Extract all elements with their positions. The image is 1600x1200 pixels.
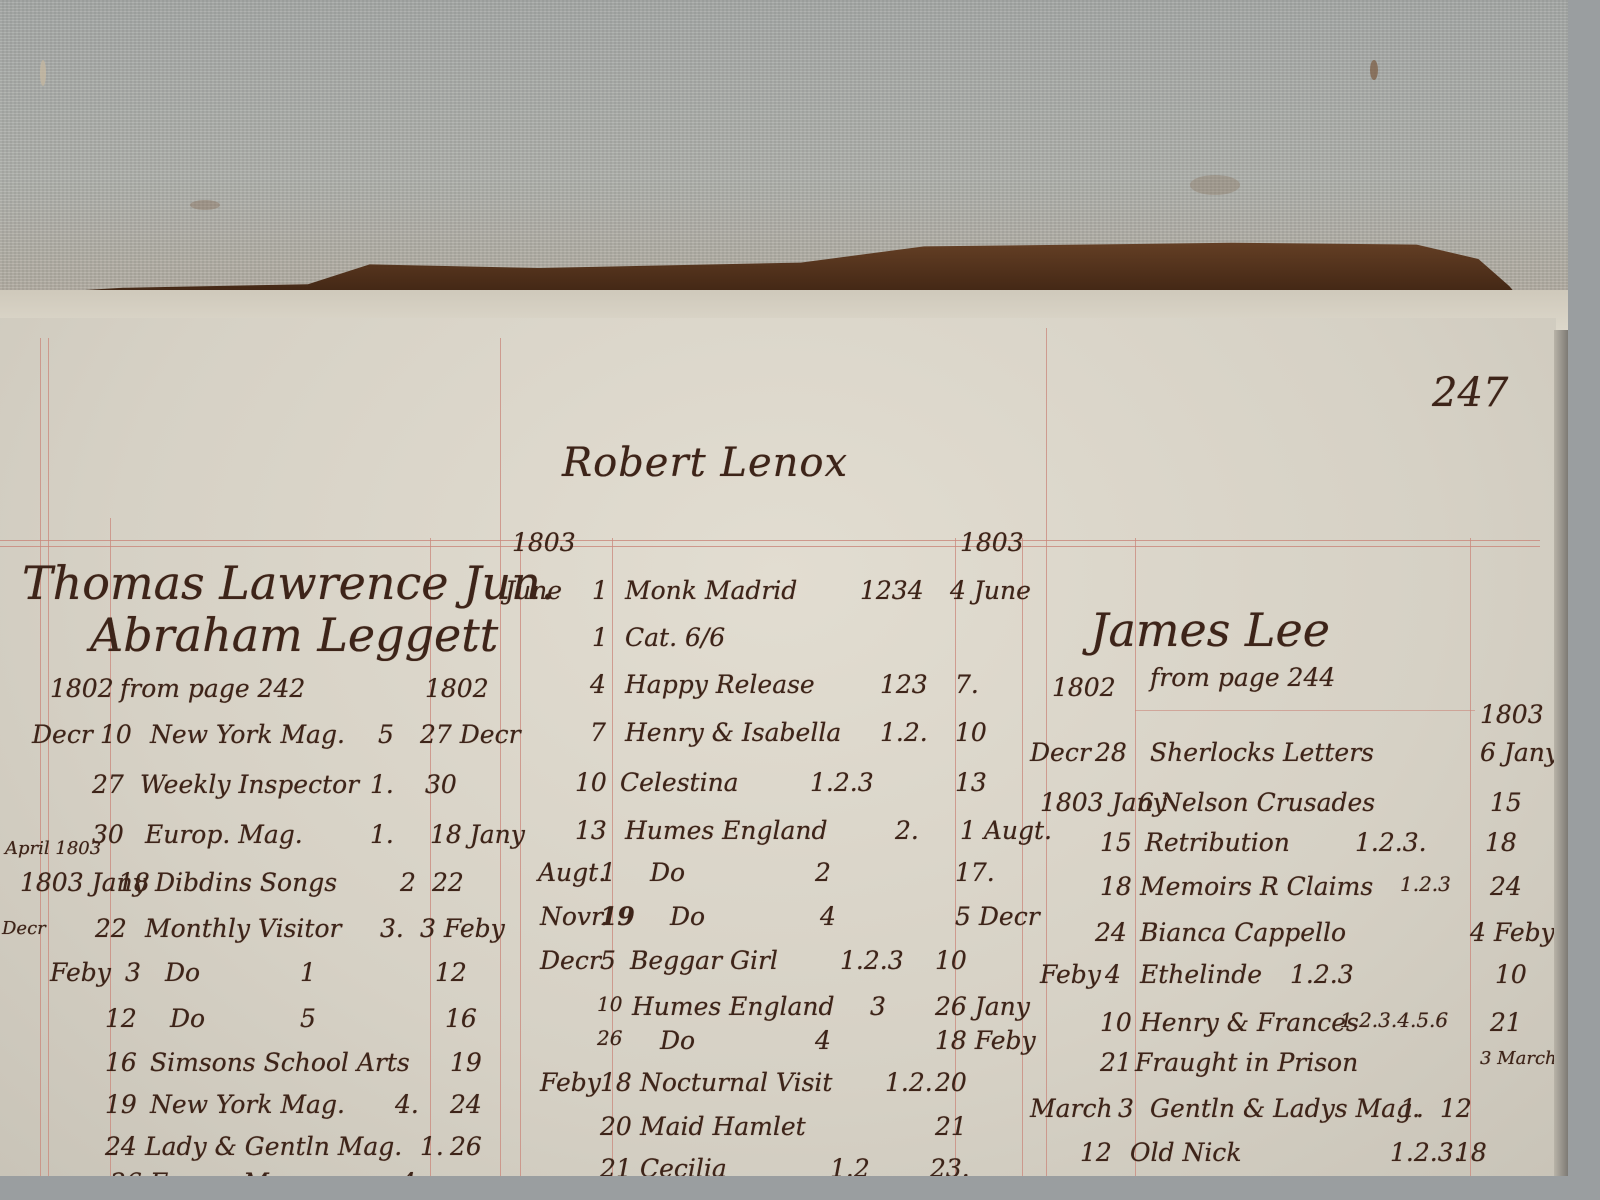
entry-vols: 3. [380, 914, 404, 943]
entry-title: Celestina [620, 768, 739, 797]
rule-vertical [48, 338, 49, 1176]
entry-returned: 12 [1440, 1094, 1472, 1123]
entry-vols: 1.2.3 [840, 946, 904, 975]
entry-returned: 23. [930, 1154, 970, 1176]
entry-vols: 2 [400, 868, 416, 897]
entry-day: 3 [125, 958, 141, 987]
entry-returned: 4 June [950, 576, 1031, 605]
entry-vols: 123 [880, 670, 928, 699]
rule-vertical [40, 338, 41, 1176]
entry-vols: 1. [420, 1132, 444, 1161]
rule-horizontal [0, 540, 1540, 541]
rule-horizontal [1135, 710, 1475, 711]
carried-due-year: 1802 [425, 674, 489, 703]
page-number: 247 [1432, 370, 1508, 416]
entry-title: Maid Hamlet [640, 1112, 806, 1141]
entry-title: Simsons School Arts [150, 1048, 410, 1077]
entry-title: Happy Release [625, 670, 815, 699]
entry-day: 15 [1100, 828, 1132, 857]
entry-day: 28 [1095, 738, 1127, 767]
entry-title: Nocturnal Visit [640, 1068, 832, 1097]
entry-title: Henry & Isabella [625, 718, 841, 747]
entry-month: Decr [1030, 738, 1091, 767]
entry-vols: 2 [815, 858, 831, 887]
entry-returned: 30 [425, 770, 457, 799]
entry-day: 3 [1118, 1094, 1134, 1123]
entry-returned: 10 [935, 946, 967, 975]
entry-vols: 4 [400, 1168, 416, 1176]
entry-title: New York Mag. [150, 720, 345, 749]
entry-returned: 10 [955, 718, 987, 747]
entry-day: 24 [1095, 918, 1127, 947]
entry-title: Europ. Mag. [145, 820, 303, 849]
entry-title: Do [670, 902, 705, 931]
entry-title: Lady & Gentln Mag. [145, 1132, 402, 1161]
entry-day: 19 [105, 1090, 137, 1119]
entry-returned: 18 Jany [430, 820, 525, 849]
entry-returned: 15 [1490, 788, 1522, 817]
entry-day: 10 [100, 720, 132, 749]
entry-day: 18 [118, 868, 150, 897]
ledger-page: 247 Robert Lenox Thomas Lawrence Jun. Ab… [0, 318, 1556, 1176]
entry-day: 19 [600, 902, 635, 931]
entry-returned: 16 [445, 1004, 477, 1033]
entry-day: 21 [600, 1154, 632, 1176]
entry-day: 12 [105, 1004, 137, 1033]
entry-day: 1 [600, 858, 616, 887]
entry-returned: 27 Decr [420, 720, 521, 749]
entry-day: 26 [110, 1168, 142, 1176]
entry-day: 4 [590, 670, 606, 699]
carried-year: 1802 [1052, 673, 1116, 702]
entry-returned: 21 [1490, 1008, 1522, 1037]
entry-returned: 19 [450, 1048, 482, 1077]
entry-title: Cat. 6/6 [625, 623, 725, 652]
entry-vols: 1.2.3.4.5.6 [1340, 1008, 1448, 1032]
entry-title: Sherlocks Letters [1150, 738, 1374, 767]
entry-title: Ethelinde [1140, 960, 1262, 989]
entry-month: Decr [32, 720, 93, 749]
entry-vols: 1. [370, 770, 394, 799]
entry-day: 12 [1080, 1138, 1112, 1167]
entry-vols: 1.2. [880, 718, 928, 747]
entry-vols: 5 [378, 720, 394, 749]
entry-day: 1 [592, 576, 608, 605]
year-heading: 1803 [960, 528, 1024, 557]
entry-title: Gentln & Ladys Mag. [1150, 1094, 1420, 1123]
entry-title: Cecilia [640, 1154, 727, 1176]
entry-title: Do [650, 858, 685, 887]
entry-returned: 24 [1490, 872, 1522, 901]
cover-speck [190, 200, 220, 210]
entry-returned: 21 [935, 1112, 967, 1141]
entry-returned: 17. [955, 858, 995, 887]
entry-vols: 4. [395, 1090, 419, 1119]
entry-title: Weekly Inspector [140, 770, 359, 799]
entry-returned: 20 [935, 1068, 967, 1097]
entry-day: 27 [92, 770, 124, 799]
entry-title: Dibdins Songs [155, 868, 337, 897]
entry-day: 7 [590, 718, 606, 747]
entry-title: Memoirs R Claims [1140, 872, 1373, 901]
entry-vols: 1. [370, 820, 394, 849]
entry-month: Feby [1040, 960, 1101, 989]
entry-month: Feby [540, 1068, 601, 1097]
account-holder-heading: Robert Lenox [562, 440, 848, 486]
entry-returned: 18 [1455, 1138, 1487, 1167]
entry-vols: 1.2.3. [1390, 1138, 1462, 1167]
entry-title: Do [660, 1026, 695, 1055]
entry-day: 13 [575, 816, 607, 845]
entry-title: Nelson Crusades [1160, 788, 1375, 817]
entry-returned: 26 Jany [935, 992, 1030, 1021]
entry-day: 16 [105, 1048, 137, 1077]
entry-vols: 2. [895, 816, 919, 845]
entry-returned: 4 Feby [1470, 918, 1555, 947]
entry-month: June [505, 576, 562, 605]
entry-vols: 1. [1400, 1094, 1424, 1123]
due-year: 1803 [1480, 700, 1544, 729]
entry-day: 6 [1138, 788, 1154, 817]
rule-horizontal [0, 546, 1540, 547]
entry-vols: 5 [300, 1004, 316, 1033]
rule-vertical [1470, 538, 1471, 1176]
cover-speck [40, 60, 46, 86]
entry-vols: 1.2 [830, 1154, 870, 1176]
carried-forward: from page 242 [120, 674, 305, 703]
entry-returned: 26 [450, 1132, 482, 1161]
entry-vols: 4 [815, 1026, 831, 1055]
entry-returned: 3 March [1480, 1048, 1557, 1069]
patron-name: Abraham Leggett [90, 608, 498, 662]
year-heading: 1803 [512, 528, 576, 557]
carried-forward: from page 244 [1150, 663, 1335, 692]
entry-title: Monk Madrid [625, 576, 797, 605]
entry-title: Humes England [625, 816, 828, 845]
entry-title: Henry & Frances [1140, 1008, 1359, 1037]
entry-day: 10 [1100, 1008, 1132, 1037]
entry-returned: 6 Jany [1480, 738, 1559, 767]
entry-vols: 1 [300, 958, 316, 987]
entry-returned: 7. [955, 670, 979, 699]
entry-title: Beggar Girl [630, 946, 778, 975]
margin-note: April 1803 [5, 838, 101, 859]
entry-day: 26 [597, 1026, 622, 1050]
entry-returned: 10 [1495, 960, 1527, 989]
entry-vols: 3 [870, 992, 886, 1021]
entry-returned: 1 Augt. [960, 816, 1052, 845]
entry-day: 20 [600, 1112, 632, 1141]
cover-speck [1370, 60, 1378, 80]
page-stack-edge [1554, 330, 1568, 1176]
entry-title: Do [165, 958, 200, 987]
entry-vols: 1.2. [885, 1068, 933, 1097]
entry-title: Do [170, 1004, 205, 1033]
entry-vols: 1234 [860, 576, 924, 605]
entry-day: 10 [597, 992, 622, 1016]
entry-returned: 12 [435, 958, 467, 987]
entry-month: March [1030, 1094, 1113, 1123]
entry-vols: 1.2.3 [1290, 960, 1354, 989]
entry-returned: 18 Feby [935, 1026, 1036, 1055]
entry-vols: 4 [820, 902, 836, 931]
entry-returned: 18 [1485, 828, 1517, 857]
entry-day: 24 [105, 1132, 137, 1161]
entry-returned: 5 Decr [955, 902, 1040, 931]
entry-returned: 3 Feby [420, 914, 505, 943]
rule-vertical [520, 538, 521, 1176]
cover-speck [1190, 175, 1240, 195]
entry-month: Augt. [538, 858, 606, 887]
patron-name: James Lee [1090, 603, 1330, 657]
entry-day: 5 [600, 946, 616, 975]
entry-day: 18 [600, 1068, 632, 1097]
entry-day: 22 [95, 914, 127, 943]
entry-title: Retribution [1145, 828, 1290, 857]
entry-day: 4 [1105, 960, 1121, 989]
entry-title: Europ. Mag. [150, 1168, 308, 1176]
entry-title: Old Nick [1130, 1138, 1241, 1167]
rule-vertical [1022, 538, 1023, 1176]
entry-month: Novr. [540, 902, 608, 931]
entry-returned: 24 [450, 1090, 482, 1119]
entry-title: Bianca Cappello [1140, 918, 1346, 947]
entry-title: Humes England [632, 992, 835, 1021]
entry-month: Feby [50, 958, 111, 987]
entry-month: Decr [540, 946, 601, 975]
rule-vertical [500, 338, 501, 1176]
carried-year: 1802 [50, 674, 114, 703]
entry-title: Monthly Visitor [145, 914, 341, 943]
entry-vols: 1.2.3 [810, 768, 874, 797]
entry-returned: 13 [955, 768, 987, 797]
margin-note: Decr [2, 918, 46, 939]
entry-day: 1 [592, 623, 608, 652]
entry-day: 18 [1100, 872, 1132, 901]
entry-vols: 1.2.3. [1355, 828, 1427, 857]
entry-returned: 22 [432, 868, 464, 897]
entry-title: Fraught in Prison [1135, 1048, 1358, 1077]
entry-day: 21 [1100, 1048, 1132, 1077]
patron-name: Thomas Lawrence Jun. [22, 556, 555, 610]
entry-day: 10 [575, 768, 607, 797]
entry-vols: 1.2.3 [1400, 872, 1451, 896]
entry-title: New York Mag. [150, 1090, 345, 1119]
